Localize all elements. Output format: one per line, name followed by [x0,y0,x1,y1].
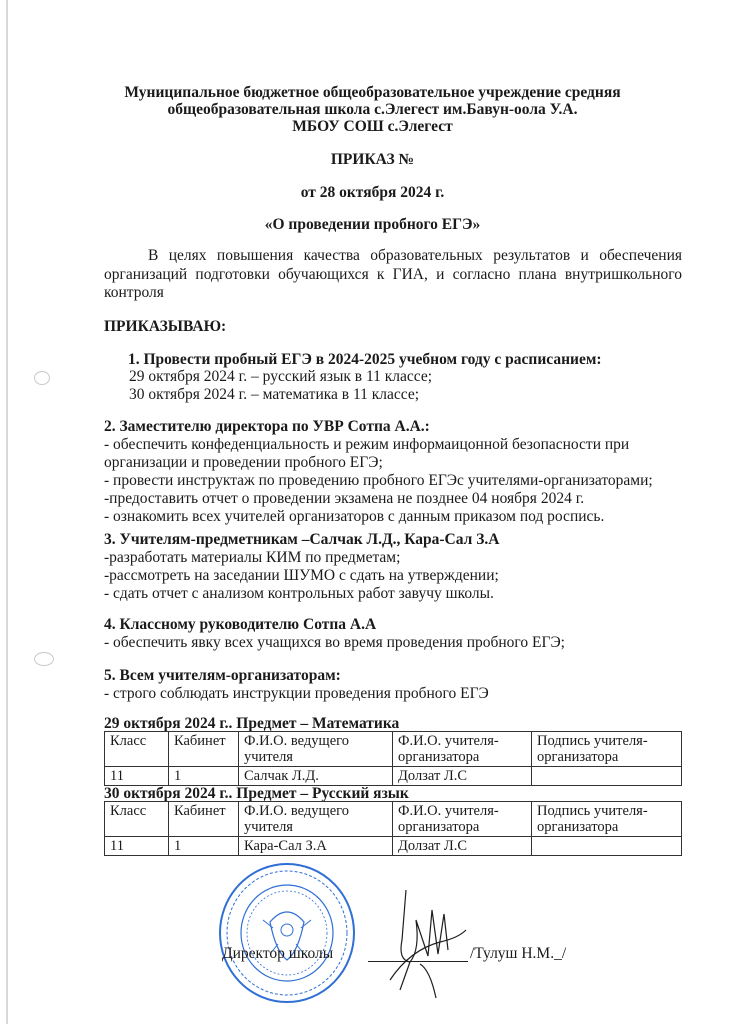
schedule-table-russian: Класс Кабинет Ф.И.О. ведущего учителя Ф.… [104,801,682,856]
cell-lead-teacher: Салчак Л.Д. [239,767,393,786]
item1-line: 30 октября 2024 г. – математика в 11 кла… [129,385,419,404]
header-cell: Ф.И.О. ведущего учителя [239,802,393,837]
header-cell: Класс [105,802,169,837]
item5-line: - строго соблюдать инструкции проведения… [104,684,489,703]
item3-line: -разработать материалы КИМ по предметам; [104,548,400,567]
hole-punch-mark [34,652,54,666]
item4-heading: 4. Классному руководителю Сотпа А.А [104,615,376,634]
table-header-row: Класс Кабинет Ф.И.О. ведущего учителя Ф.… [105,802,682,837]
order-date: от 28 октября 2024 г. [0,183,745,202]
item2-line: - обеспечить конфеденциальность и режим … [104,435,629,454]
header-cell: Подпись учителя-организатора [532,732,682,767]
director-name: /Тулуш Н.М._/ [470,944,566,963]
preamble-line3: контроля [104,283,164,302]
header-cell: Ф.И.О. ведущего учителя [239,732,393,767]
official-stamp-icon [218,862,356,1004]
order-subject: «О проведении пробного ЕГЭ» [0,215,745,234]
item1-line: 29 октября 2024 г. – русский язык в 11 к… [129,367,432,386]
hole-punch-mark [34,371,50,385]
item5-heading: 5. Всем учителям-организаторам: [104,666,341,685]
item2-line: - ознакомить всех учителей организаторов… [104,507,604,526]
order-word: ПРИКАЗЫВАЮ: [104,317,226,336]
item2-line: организации и проведении пробного ЕГЭ; [104,453,383,472]
cell-lead-teacher: Кара-Сал З.А [239,837,393,856]
org-short-name: МБОУ СОШ с.Элегест [0,117,745,136]
item3-line: - сдать отчет с анализом контрольных раб… [104,584,494,603]
item2-line: - провести инструктаж по проведению проб… [104,471,653,490]
cell-room: 1 [169,837,239,856]
header-cell: Кабинет [169,802,239,837]
preamble-line1: В целях повышения качества образовательн… [104,246,682,265]
schedule-table-math: Класс Кабинет Ф.И.О. ведущего учителя Ф.… [104,731,682,786]
cell-organizer: Долзат Л.С [393,837,532,856]
item4-line: - обеспечить явку всех учащихся во время… [104,633,565,652]
header-cell: Ф.И.О. учителя-организатора [393,802,532,837]
header-cell: Подпись учителя-организатора [532,802,682,837]
table-row: 11 1 Кара-Сал З.А Долзат Л.С [105,837,682,856]
table-row: 11 1 Салчак Л.Д. Долзат Л.С [105,767,682,786]
cell-room: 1 [169,767,239,786]
item2-line: -предоставить отчет о проведении экзамен… [104,489,584,508]
item2-heading: 2. Заместителю директора по УВР Сотпа А.… [104,417,430,436]
table-header-row: Класс Кабинет Ф.И.О. ведущего учителя Ф.… [105,732,682,767]
cell-class: 11 [105,767,169,786]
cell-signature [532,837,682,856]
cell-organizer: Долзат Л.С [393,767,532,786]
cell-signature [532,767,682,786]
header-cell: Класс [105,732,169,767]
item3-heading: 3. Учителям-предметникам –Салчак Л.Д., К… [104,530,499,549]
header-cell: Ф.И.О. учителя-организатора [393,732,532,767]
preamble-line2: организаций подготовки обучающихся к ГИА… [104,265,682,284]
signature-role: Директор школы [222,944,333,963]
item3-line: -рассмотреть на заседании ШУМО с сдать н… [104,566,499,585]
cell-class: 11 [105,837,169,856]
order-title: ПРИКАЗ № [0,150,745,169]
handwritten-signature-icon [380,880,470,1000]
header-cell: Кабинет [169,732,239,767]
